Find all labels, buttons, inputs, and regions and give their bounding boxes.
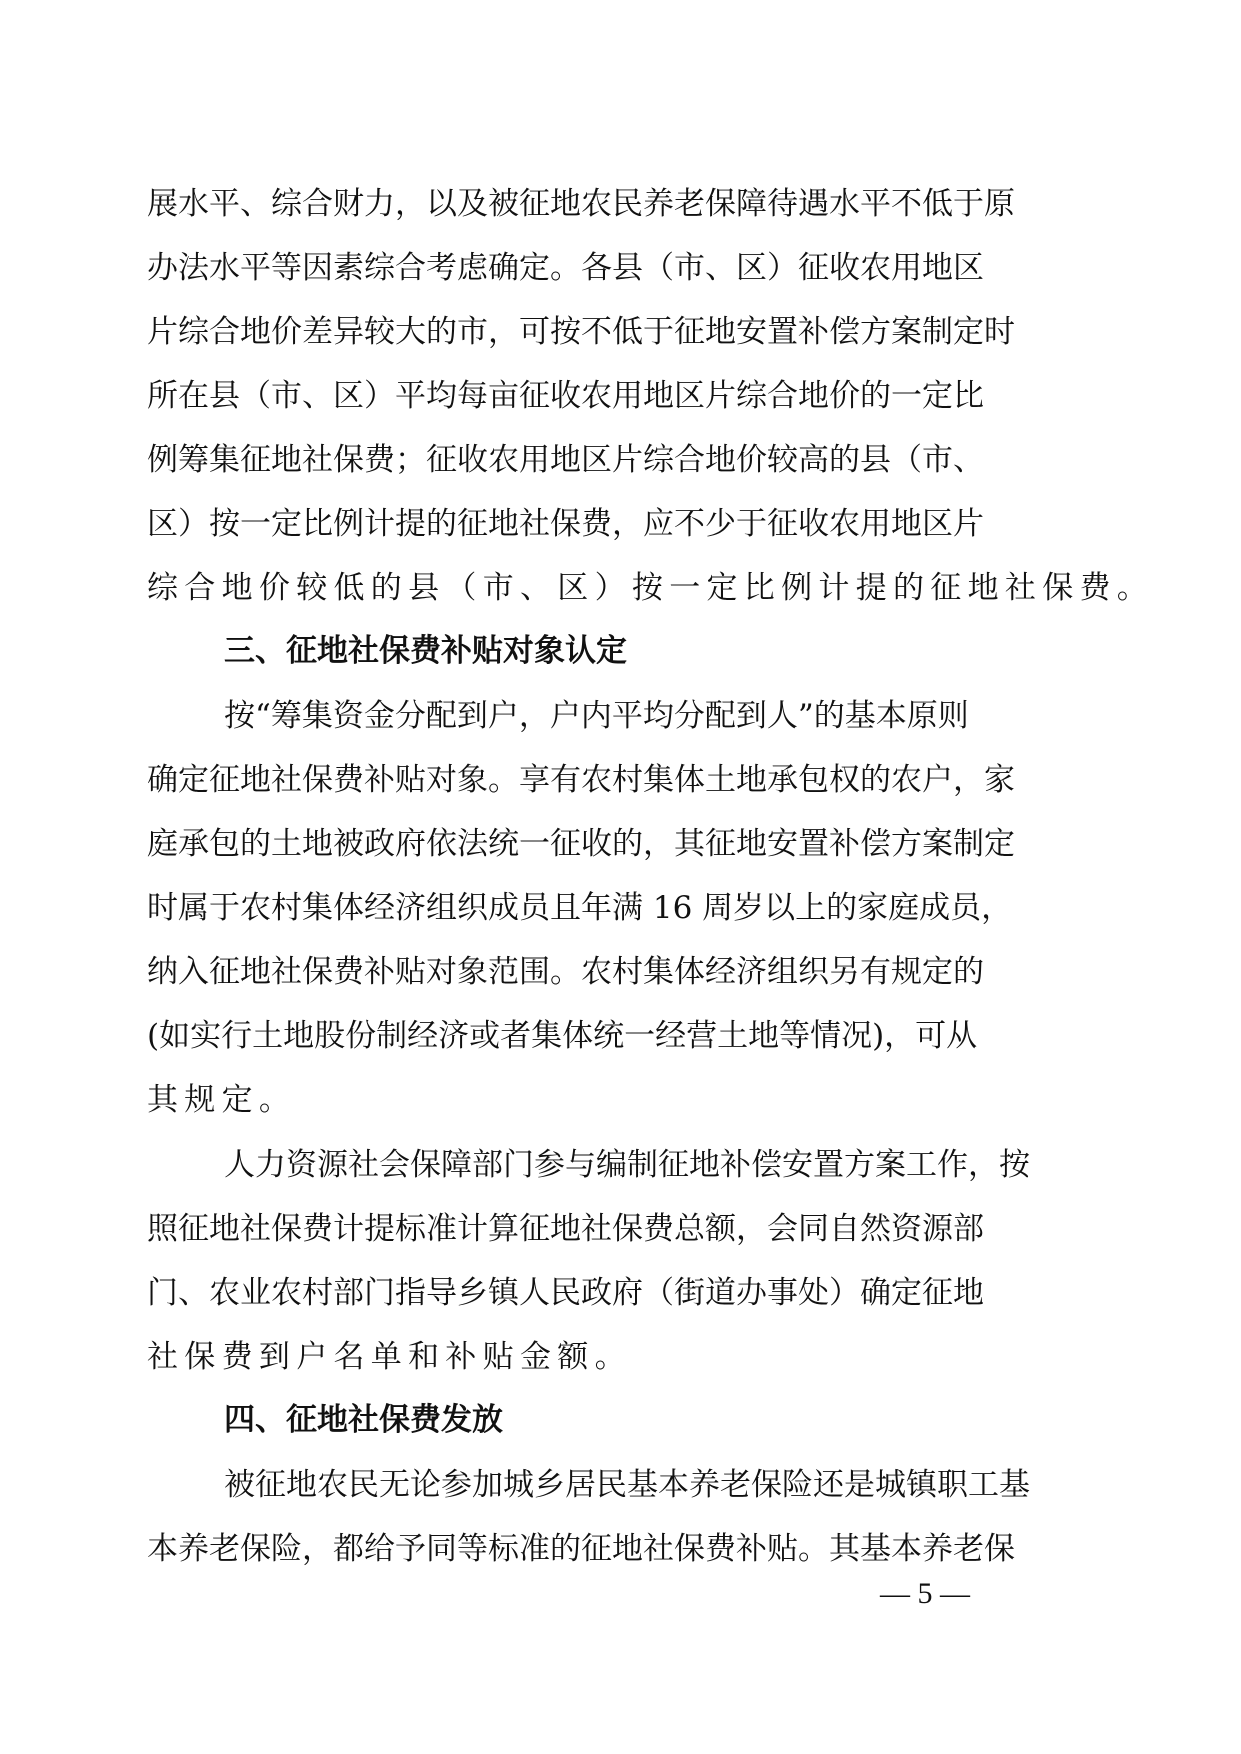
section-heading-4: 四、征地社保费发放 (224, 1400, 503, 1440)
body-line: 展水平、综合财力，以及被征地农民养老保障待遇水平不低于原 (147, 184, 967, 224)
body-line: 被征地农民无论参加城乡居民基本养老保险还是城镇职工基 (224, 1465, 967, 1505)
body-line: 纳入征地社保费补贴对象范围。农村集体经济组织另有规定的 (147, 952, 967, 992)
body-line: 确定征地社保费补贴对象。享有农村集体土地承包权的农户，家 (147, 760, 967, 800)
body-line: 庭承包的土地被政府依法统一征收的，其征地安置补偿方案制定 (147, 824, 967, 864)
body-line: 本养老保险，都给予同等标准的征地社保费补贴。其基本养老保 (147, 1529, 967, 1569)
body-line: 其规定。 (147, 1080, 967, 1120)
body-line: 片综合地价差异较大的市，可按不低于征地安置补偿方案制定时 (147, 312, 967, 352)
body-line: 社保费到户名单和补贴金额。 (147, 1337, 967, 1377)
body-line: 时属于农村集体经济组织成员且年满 16 周岁以上的家庭成员， (147, 888, 967, 928)
body-line: 所在县（市、区）平均每亩征收农用地区片综合地价的一定比 (147, 376, 967, 416)
section-heading-3: 三、征地社保费补贴对象认定 (224, 631, 627, 671)
body-line: 例筹集征地社保费；征收农用地区片综合地价较高的县（市、 (147, 440, 967, 480)
body-line: 照征地社保费计提标准计算征地社保费总额，会同自然资源部 (147, 1209, 967, 1249)
page-number: — 5 — (880, 1574, 970, 1614)
body-line: (如实行土地股份制经济或者集体统一经营土地等情况)，可从 (147, 1016, 967, 1056)
body-line: 综合地价较低的县（市、区）按一定比例计提的征地社保费。 (147, 568, 967, 608)
body-line: 区）按一定比例计提的征地社保费，应不少于征收农用地区片 (147, 504, 967, 544)
body-line: 办法水平等因素综合考虑确定。各县（市、区）征收农用地区 (147, 248, 967, 288)
body-line: 门、农业农村部门指导乡镇人民政府（街道办事处）确定征地 (147, 1273, 967, 1313)
body-line: 人力资源社会保障部门参与编制征地补偿安置方案工作，按 (224, 1145, 967, 1185)
document-page: 展水平、综合财力，以及被征地农民养老保障待遇水平不低于原 办法水平等因素综合考虑… (0, 0, 1241, 1754)
body-line: 按“筹集资金分配到户，户内平均分配到人”的基本原则 (224, 696, 967, 736)
